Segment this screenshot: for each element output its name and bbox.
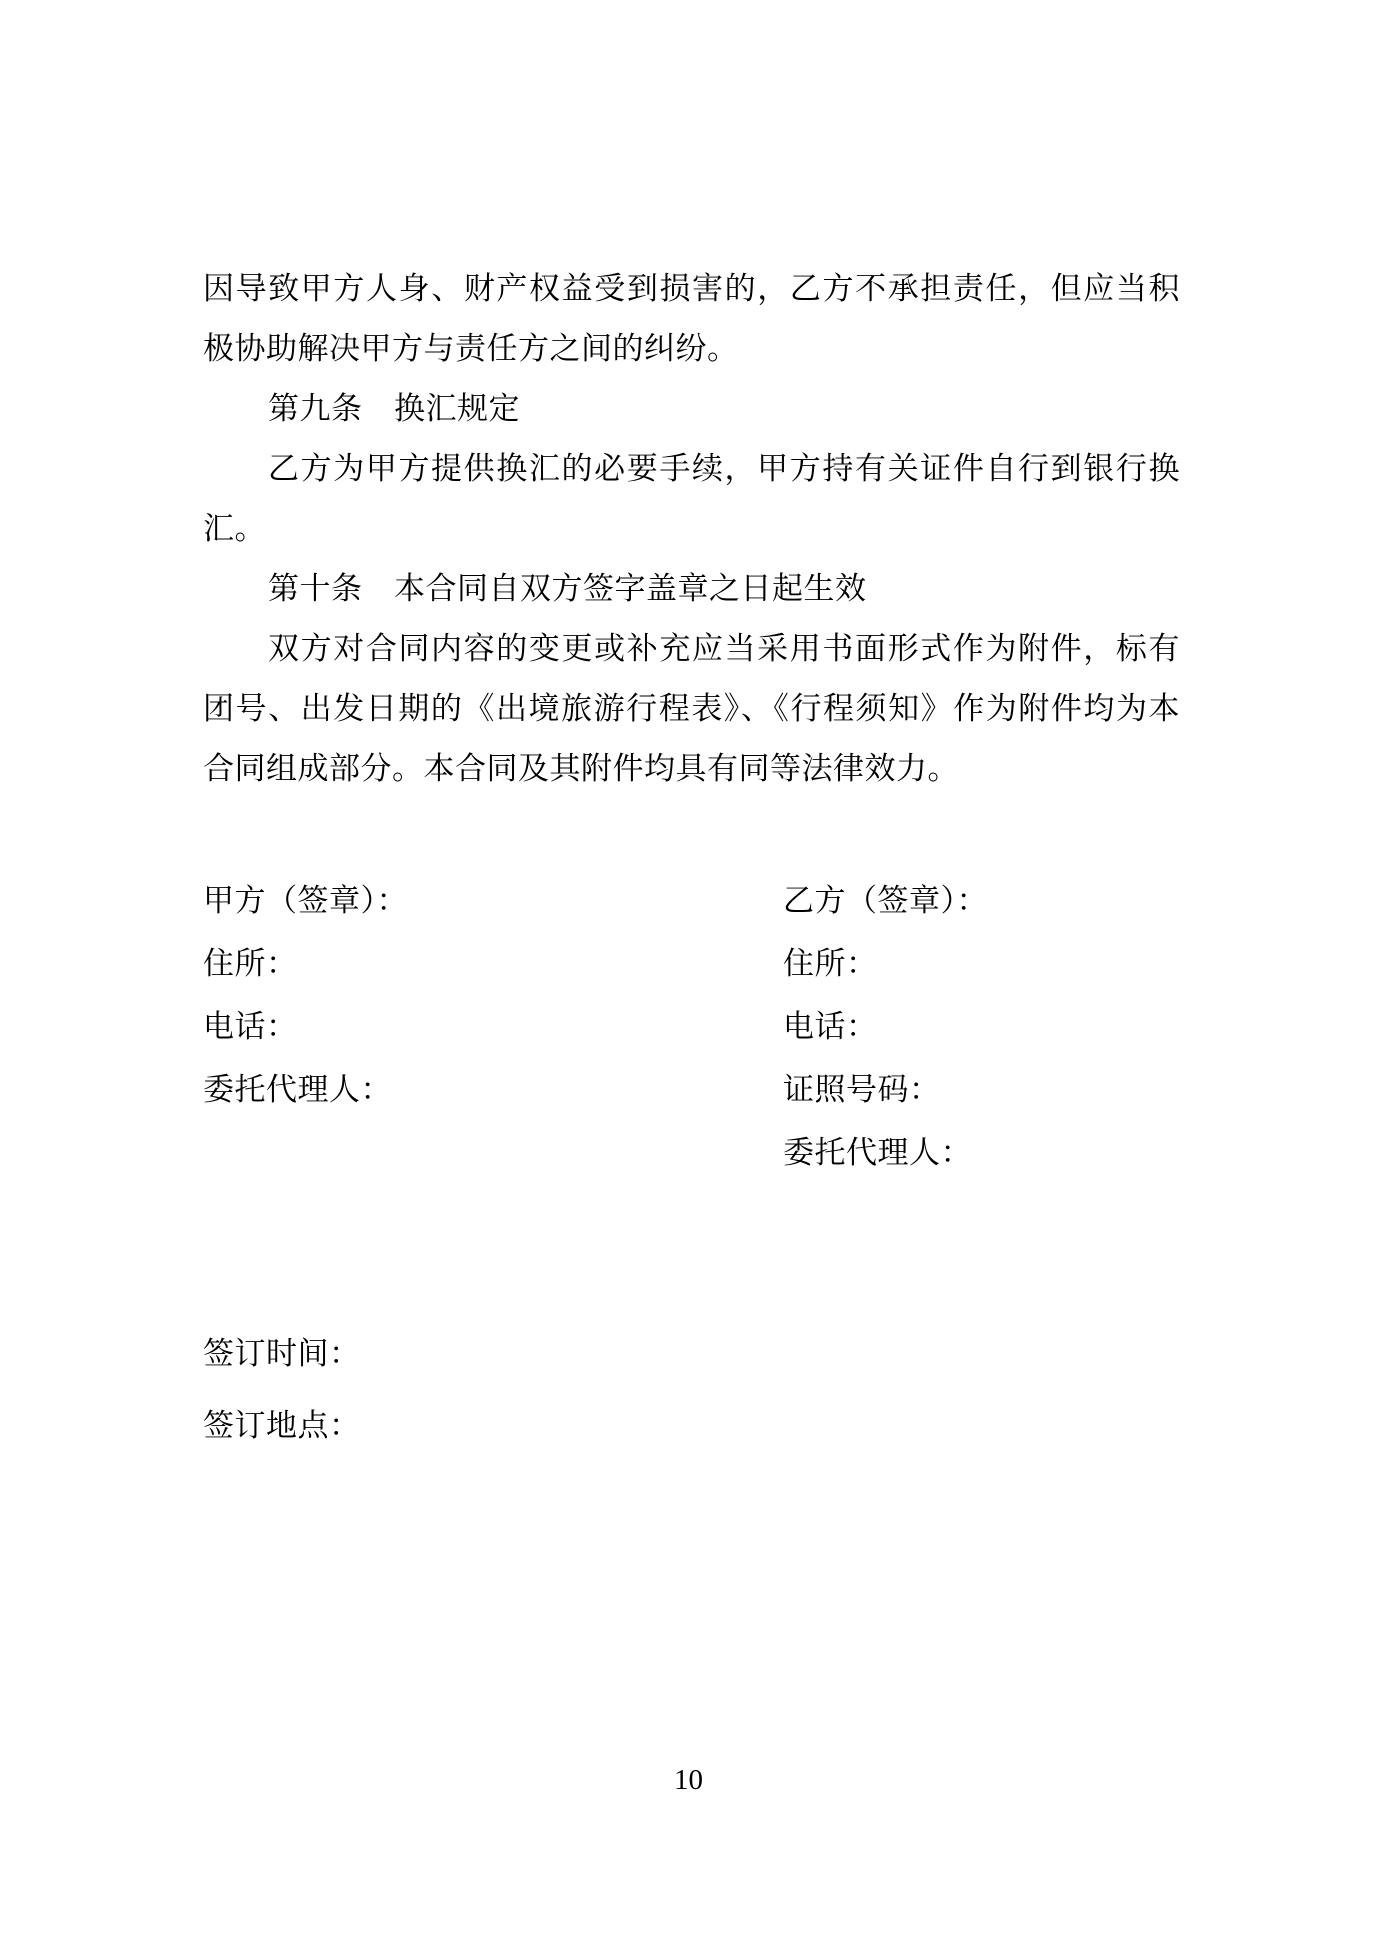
page-number: 10	[0, 1762, 1377, 1798]
contract-page: 因导致甲方人身、财产权益受到损害的，乙方不承担责任，但应当积 极协助解决甲方与责…	[0, 0, 1377, 1947]
body-line: 团号、出发日期的《出境旅游行程表》、《行程须知》作为附件均为本	[203, 679, 1180, 739]
party-a-signature-block: 甲方（签章）： 住所： 电话： 委托代理人：	[203, 869, 408, 1121]
body-line: 双方对合同内容的变更或补充应当采用书面形式作为附件，标有	[203, 619, 1180, 679]
body-line: 汇。	[203, 499, 1180, 559]
body-line: 极协助解决甲方与责任方之间的纠纷。	[203, 319, 1180, 379]
party-b-license-label: 证照号码：	[783, 1058, 988, 1121]
party-b-seal-label: 乙方（签章）：	[783, 869, 988, 932]
party-a-seal-label: 甲方（签章）：	[203, 869, 408, 932]
party-a-address-label: 住所：	[203, 932, 408, 995]
party-a-phone-label: 电话：	[203, 995, 408, 1058]
body-line: 因导致甲方人身、财产权益受到损害的，乙方不承担责任，但应当积	[203, 259, 1180, 319]
party-a-agent-label: 委托代理人：	[203, 1058, 408, 1121]
signing-place-label: 签订地点：	[203, 1396, 361, 1456]
party-b-agent-label: 委托代理人：	[783, 1121, 988, 1184]
party-b-address-label: 住所：	[783, 932, 988, 995]
article-10-heading: 第十条 本合同自双方签字盖章之日起生效	[203, 559, 1180, 619]
contract-body: 因导致甲方人身、财产权益受到损害的，乙方不承担责任，但应当积 极协助解决甲方与责…	[203, 259, 1180, 799]
party-b-phone-label: 电话：	[783, 995, 988, 1058]
body-line: 合同组成部分。本合同及其附件均具有同等法律效力。	[203, 739, 1180, 799]
signing-time-label: 签订时间：	[203, 1324, 361, 1384]
party-b-signature-block: 乙方（签章）： 住所： 电话： 证照号码： 委托代理人：	[783, 869, 988, 1184]
article-9-heading: 第九条 换汇规定	[203, 379, 1180, 439]
signing-info-block: 签订时间： 签订地点：	[203, 1324, 361, 1468]
body-line: 乙方为甲方提供换汇的必要手续，甲方持有关证件自行到银行换	[203, 439, 1180, 499]
